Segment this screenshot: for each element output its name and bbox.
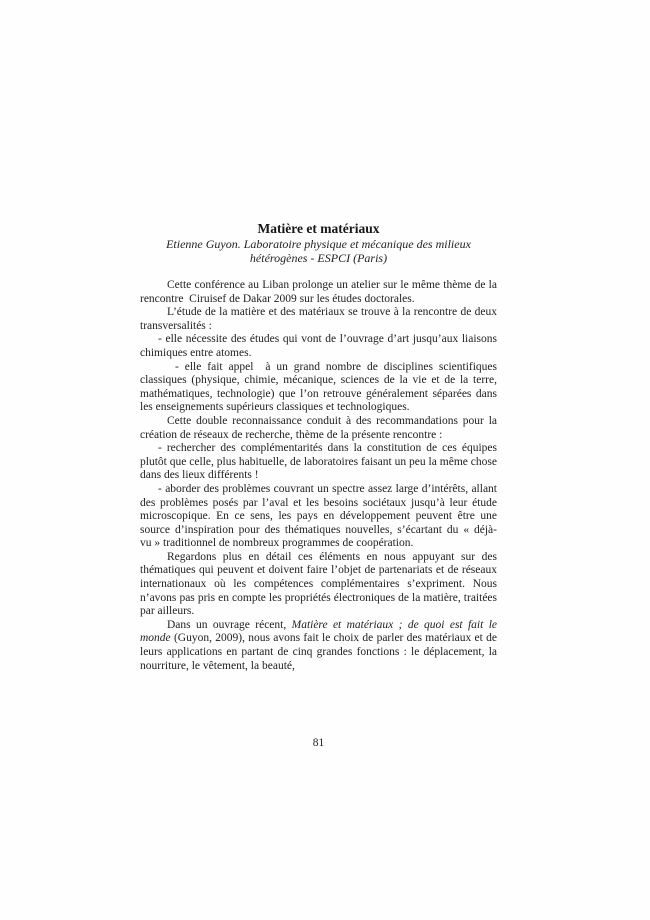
author-affiliation: Etienne Guyon. Laboratoire physique et m… (140, 238, 497, 265)
paragraph: - elle fait appel à un grand nombre de d… (140, 361, 497, 415)
paragraph: - rechercher des complémentarités dans l… (140, 442, 497, 483)
paragraph-text: L’étude de la matière et des matériaux s… (140, 306, 497, 332)
paragraph-text: Dans un ouvrage récent, (167, 619, 292, 631)
article-content: Matière et matériaux Etienne Guyon. Labo… (140, 221, 497, 673)
paragraph: Regardons plus en détail ces éléments en… (140, 551, 497, 619)
paragraph: Dans un ouvrage récent, Matière et matér… (140, 619, 497, 673)
paragraph: Cette double reconnaissance conduit à de… (140, 415, 497, 442)
paragraph-text: Regardons plus en détail ces éléments en… (140, 551, 497, 617)
document-page: Matière et matériaux Etienne Guyon. Labo… (0, 0, 650, 920)
paragraph-text: Cette double reconnaissance conduit à de… (140, 415, 497, 441)
paragraph-text: - aborder des problèmes couvrant un spec… (140, 483, 497, 549)
paragraph: - aborder des problèmes couvrant un spec… (140, 483, 497, 551)
paragraph: L’étude de la matière et des matériaux s… (140, 306, 497, 333)
paragraph-text: Cette conférence au Liban prolonge un at… (140, 279, 497, 305)
article-title: Matière et matériaux (140, 221, 497, 236)
page-number: 81 (140, 737, 497, 749)
article-body: Cette conférence au Liban prolonge un at… (140, 279, 497, 673)
paragraph-text: - elle nécessite des études qui vont de … (140, 333, 497, 359)
paragraph-text: - rechercher des complémentarités dans l… (140, 442, 497, 481)
paragraph: - elle nécessite des études qui vont de … (140, 333, 497, 360)
paragraph-text: (Guyon, 2009), nous avons fait le choix … (140, 632, 497, 671)
paragraph-text: - elle fait appel à un grand nombre de d… (140, 361, 497, 414)
paragraph: Cette conférence au Liban prolonge un at… (140, 279, 497, 306)
